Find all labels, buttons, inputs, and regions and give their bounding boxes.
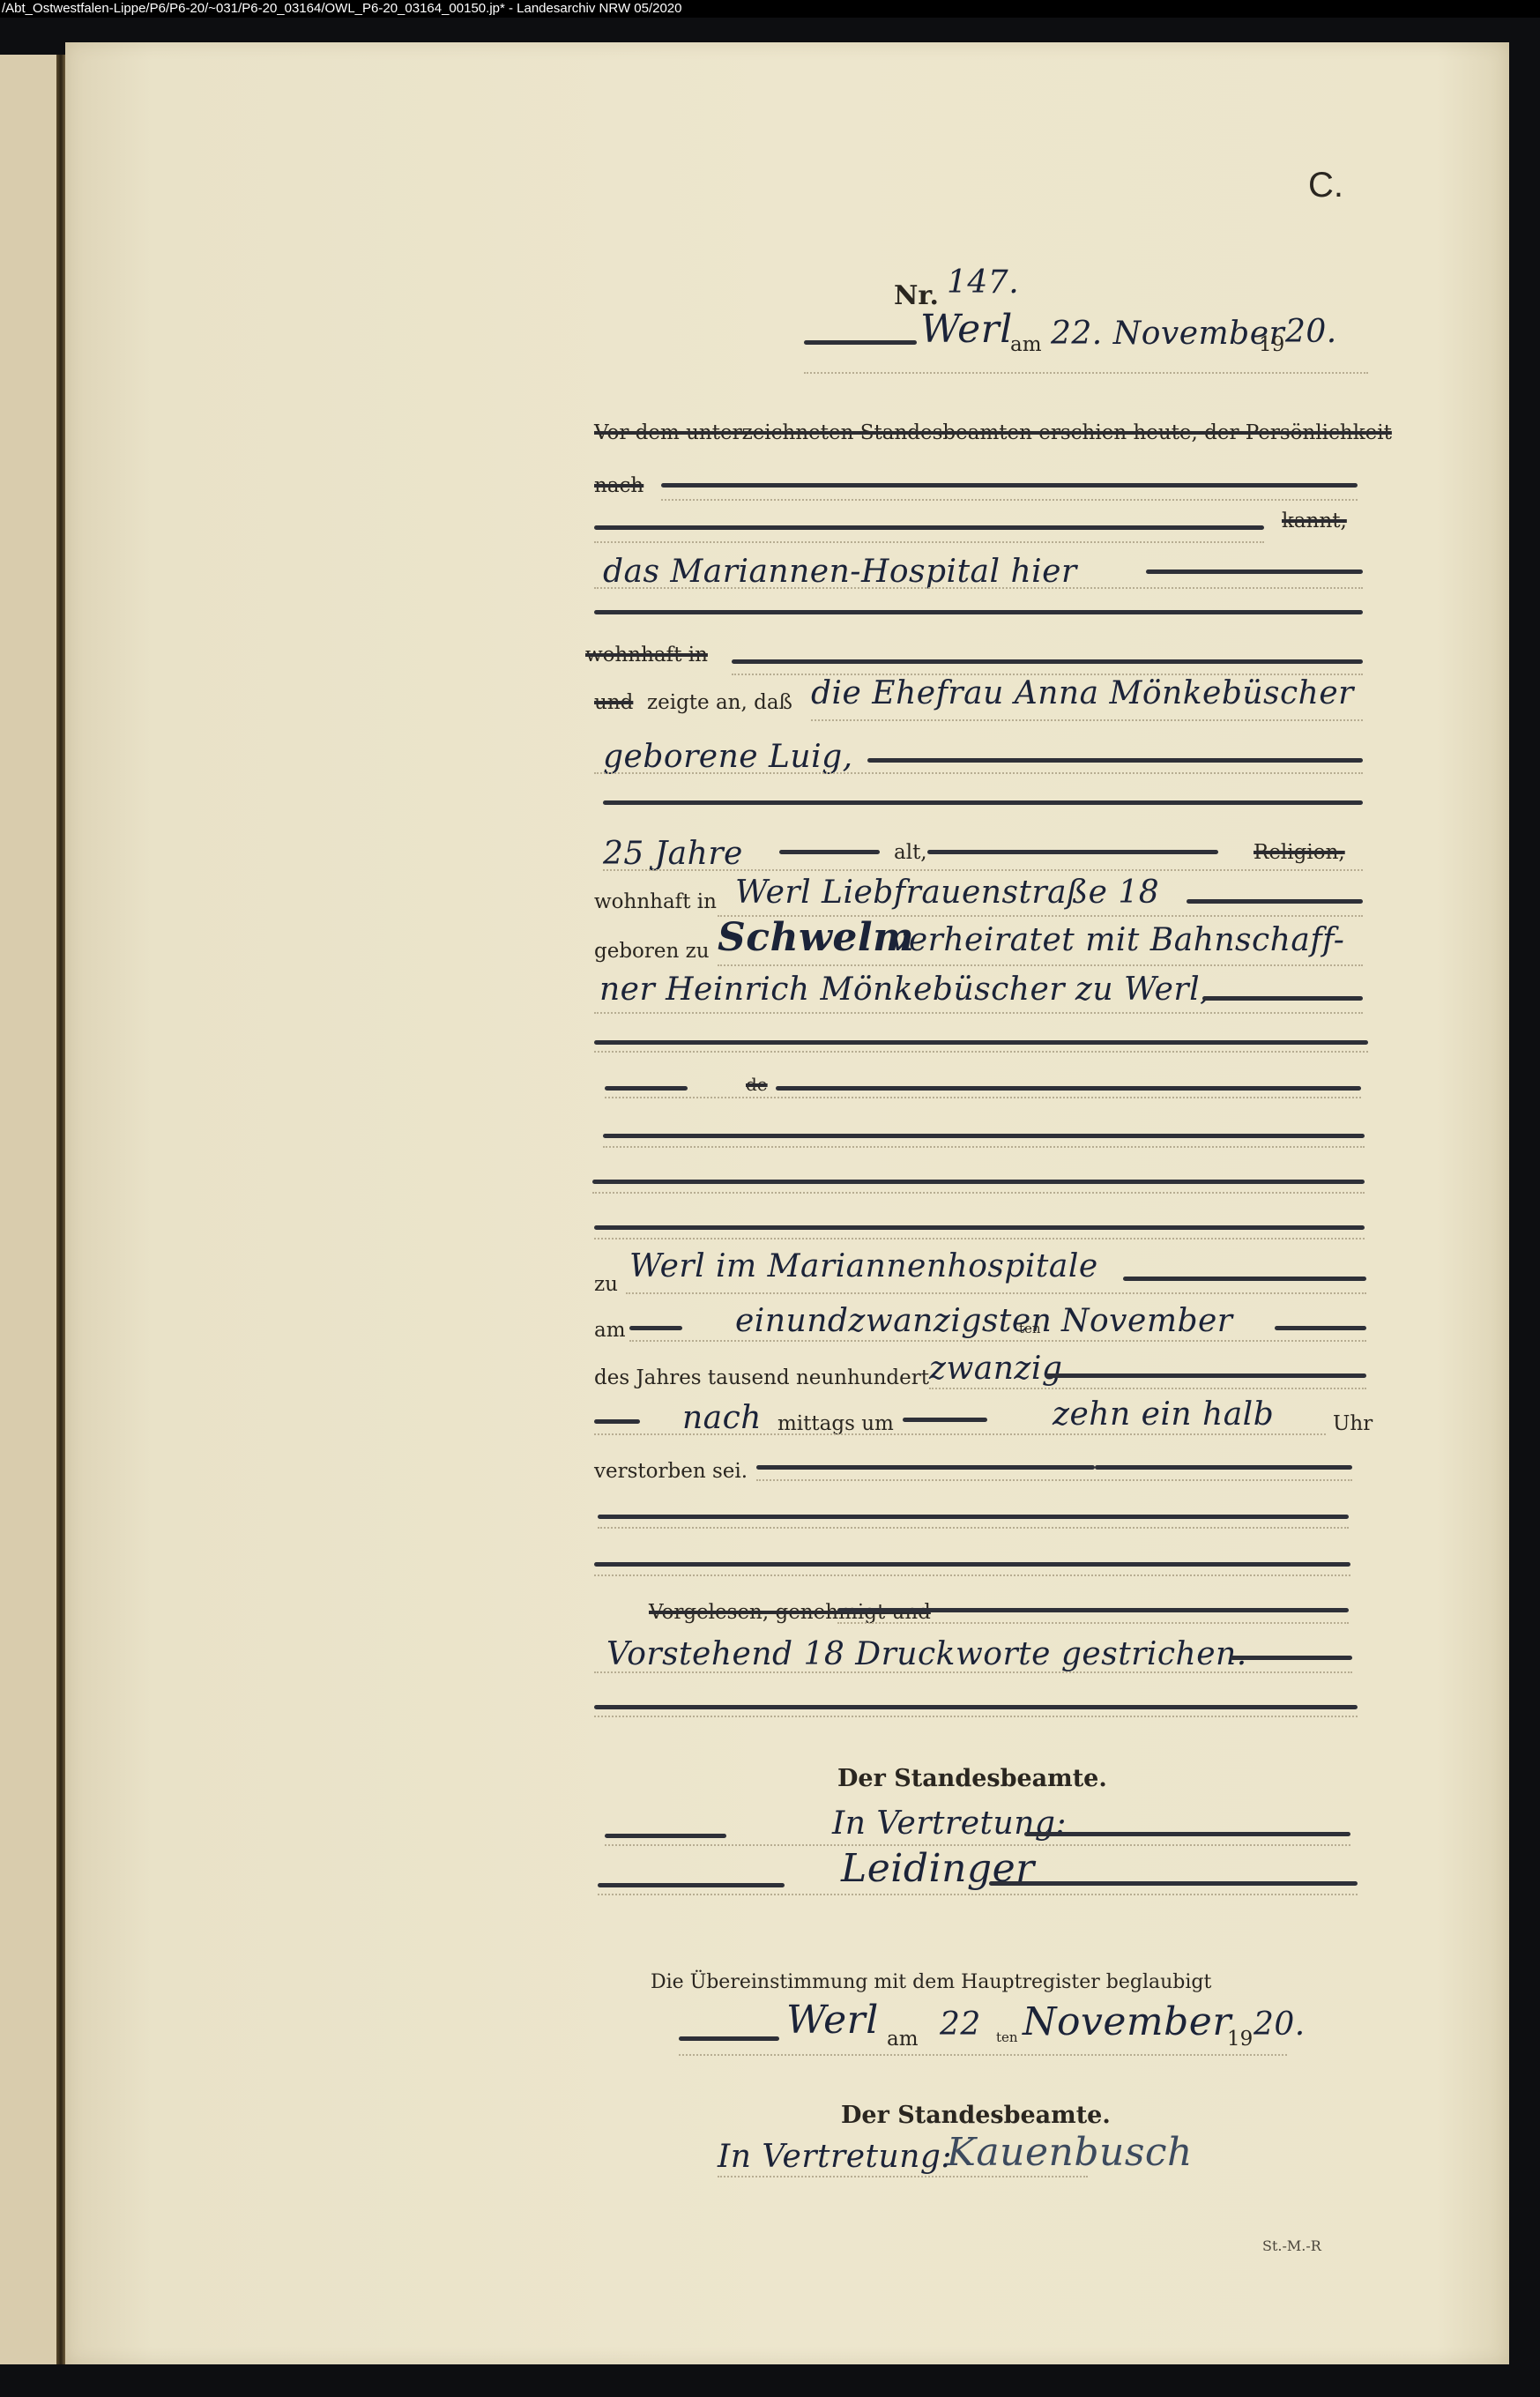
header-am: am bbox=[1010, 333, 1042, 356]
cert-year-prefix: 19 bbox=[1227, 2028, 1253, 2051]
fill-line bbox=[594, 1419, 640, 1424]
fill-line bbox=[605, 1834, 726, 1838]
window-title: /Abt_Ostwestfalen-Lippe/P6/P6-20/~031/P6… bbox=[2, 1, 682, 16]
dotted-rule bbox=[679, 2054, 1287, 2056]
dotted-rule bbox=[811, 719, 1363, 721]
fill-line bbox=[1187, 899, 1363, 904]
zeigte-an-label: zeigte an, daß bbox=[647, 691, 792, 714]
corner-letter: C. bbox=[1308, 166, 1343, 205]
dotted-rule bbox=[594, 1433, 1326, 1435]
struck-nach: nach bbox=[594, 474, 644, 497]
book-spine bbox=[56, 55, 65, 2364]
window-title-bar: /Abt_Ostwestfalen-Lippe/P6/P6-20/~031/P6… bbox=[0, 0, 1540, 18]
married-line1: verheiratet mit Bahnschaff- bbox=[890, 922, 1344, 958]
left-page-edge bbox=[0, 55, 58, 2364]
struck-und: und bbox=[594, 691, 633, 714]
fill-line bbox=[594, 1562, 1350, 1567]
entry-number: 147. bbox=[947, 264, 1019, 301]
dotted-rule bbox=[598, 1527, 1349, 1529]
fill-line bbox=[756, 1465, 1095, 1470]
fill-line bbox=[594, 1705, 1358, 1709]
deceased-age: 25 Jahre bbox=[603, 836, 743, 872]
fill-line bbox=[867, 758, 1363, 763]
fill-line bbox=[1045, 1373, 1366, 1378]
fill-line bbox=[594, 610, 1363, 614]
residence: Werl Liebfrauenstraße 18 bbox=[735, 875, 1159, 911]
dotted-rule bbox=[718, 2176, 1088, 2177]
struck-de: de bbox=[746, 1074, 768, 1095]
cert-month: November bbox=[1023, 1999, 1231, 2044]
dotted-rule bbox=[594, 772, 1363, 774]
fill-line bbox=[903, 1418, 987, 1422]
dotted-rule bbox=[837, 1622, 1349, 1624]
fill-line bbox=[598, 1515, 1349, 1519]
mittags-label: mittags um bbox=[777, 1412, 894, 1435]
ten-suffix: ten bbox=[1019, 1321, 1041, 1336]
cert-day: 22 bbox=[940, 2006, 981, 2043]
fill-line bbox=[1202, 996, 1363, 1001]
dotted-rule bbox=[661, 499, 1358, 501]
certification-text: Die Übereinstimmung mit dem Hauptregiste… bbox=[651, 1971, 1211, 1993]
dotted-rule bbox=[718, 964, 1363, 966]
dotted-rule bbox=[594, 541, 1264, 543]
signature-title-2: Der Standesbeamte. bbox=[841, 2102, 1111, 2129]
death-year-text: zwanzig bbox=[929, 1351, 1062, 1387]
header-year-prefix: 19 bbox=[1259, 333, 1284, 356]
signature-name-2: Kauenbusch bbox=[947, 2130, 1193, 2175]
dotted-rule bbox=[605, 1097, 1361, 1098]
dotted-rule bbox=[756, 1479, 1352, 1481]
dotted-rule bbox=[594, 587, 1363, 589]
fill-line bbox=[779, 850, 880, 854]
fill-line bbox=[592, 1180, 1365, 1184]
cert-place: Werl bbox=[786, 1998, 879, 2043]
header-date: 22. November bbox=[1051, 316, 1284, 352]
fill-line bbox=[1123, 1277, 1366, 1281]
fill-line bbox=[837, 1608, 1349, 1612]
dotted-rule bbox=[594, 1238, 1365, 1239]
death-day: einundzwanzigsten bbox=[735, 1303, 1052, 1339]
time-ampm: nach bbox=[682, 1400, 762, 1436]
geboren-label: geboren zu bbox=[594, 940, 710, 963]
deceased-name-line1: die Ehefrau Anna Mönkebüscher bbox=[811, 675, 1354, 711]
register-page: C. Nr. 147. Werl am 22. November 19 20. … bbox=[65, 42, 1509, 2364]
struck-intro-text: Vor dem unterzeichneten Standesbeamten e… bbox=[594, 421, 1392, 444]
cert-ten: ten bbox=[996, 2029, 1018, 2045]
uhr-label: Uhr bbox=[1333, 1412, 1373, 1435]
fill-line bbox=[927, 850, 1218, 854]
cert-year-suffix: 20. bbox=[1254, 2006, 1306, 2043]
dotted-rule bbox=[804, 372, 1368, 374]
fill-line bbox=[594, 525, 1264, 530]
dotted-rule bbox=[592, 1192, 1365, 1194]
signature-title-1: Der Standesbeamte. bbox=[837, 1765, 1107, 1792]
dotted-rule bbox=[629, 1340, 1366, 1342]
fill-line bbox=[594, 1040, 1368, 1045]
deceased-name-line2: geborene Luig, bbox=[603, 739, 853, 775]
in-vertretung-2: In Vertretung: bbox=[718, 2139, 952, 2175]
fill-line bbox=[661, 483, 1358, 488]
death-place: Werl im Mariannenhospitale bbox=[629, 1248, 1098, 1284]
dotted-rule bbox=[594, 1671, 1352, 1673]
death-month: November bbox=[1061, 1303, 1233, 1339]
informant: das Mariannen-Hospital hier bbox=[603, 554, 1077, 590]
dotted-rule bbox=[594, 1574, 1350, 1576]
dotted-rule bbox=[603, 1146, 1365, 1148]
fill-line bbox=[1275, 1326, 1366, 1330]
cert-am: am bbox=[887, 2028, 919, 2051]
fill-line bbox=[594, 1225, 1365, 1230]
fill-line bbox=[989, 1881, 1358, 1886]
verstorben-label: verstorben sei. bbox=[594, 1460, 748, 1483]
deletion-annotation: Vorstehend 18 Druckworte gestrichen. bbox=[606, 1636, 1247, 1672]
dotted-rule bbox=[594, 1051, 1368, 1053]
dotted-rule bbox=[598, 1894, 1358, 1895]
fill-line bbox=[629, 1326, 682, 1330]
struck-kannt: kannt, bbox=[1282, 510, 1347, 532]
header-year-suffix: 20. bbox=[1285, 314, 1337, 350]
married-line2: ner Heinrich Mönkebüscher zu Werl, bbox=[599, 971, 1210, 1008]
fill-line bbox=[598, 1883, 785, 1887]
dotted-rule bbox=[594, 1716, 1358, 1717]
struck-wohnhaft: wohnhaft in bbox=[585, 644, 708, 666]
fill-line bbox=[605, 1086, 688, 1091]
header-place: Werl bbox=[920, 307, 1013, 352]
dotted-rule bbox=[929, 1388, 1366, 1389]
am-label: am bbox=[594, 1319, 626, 1342]
struck-religion: Religion, bbox=[1254, 841, 1345, 864]
birthplace: Schwelm bbox=[718, 915, 914, 960]
fill-line bbox=[603, 1134, 1365, 1138]
footer-printer-mark: St.-M.-R bbox=[1262, 2237, 1321, 2254]
year-text-label: des Jahres tausend neunhundert bbox=[594, 1366, 929, 1389]
dotted-rule bbox=[603, 869, 1363, 871]
fill-line bbox=[732, 659, 1363, 664]
struck-vorgelesen: Vorgelesen, genehmigt und bbox=[649, 1601, 931, 1624]
fill-line bbox=[1095, 1465, 1352, 1470]
fill-line bbox=[776, 1086, 1361, 1091]
time-value: zehn ein halb bbox=[1053, 1396, 1274, 1433]
fill-line bbox=[679, 2036, 779, 2041]
dotted-rule bbox=[594, 1012, 1363, 1014]
wohnhaft-label: wohnhaft in bbox=[594, 890, 717, 913]
fill-line bbox=[603, 800, 1363, 805]
fill-line bbox=[1146, 569, 1363, 574]
fill-line bbox=[1024, 1832, 1350, 1836]
alt-label: alt, bbox=[894, 841, 927, 864]
dotted-rule bbox=[626, 1292, 1366, 1294]
fill-line bbox=[1231, 1656, 1352, 1660]
fill-line bbox=[804, 340, 917, 345]
zu-label: zu bbox=[594, 1273, 618, 1296]
